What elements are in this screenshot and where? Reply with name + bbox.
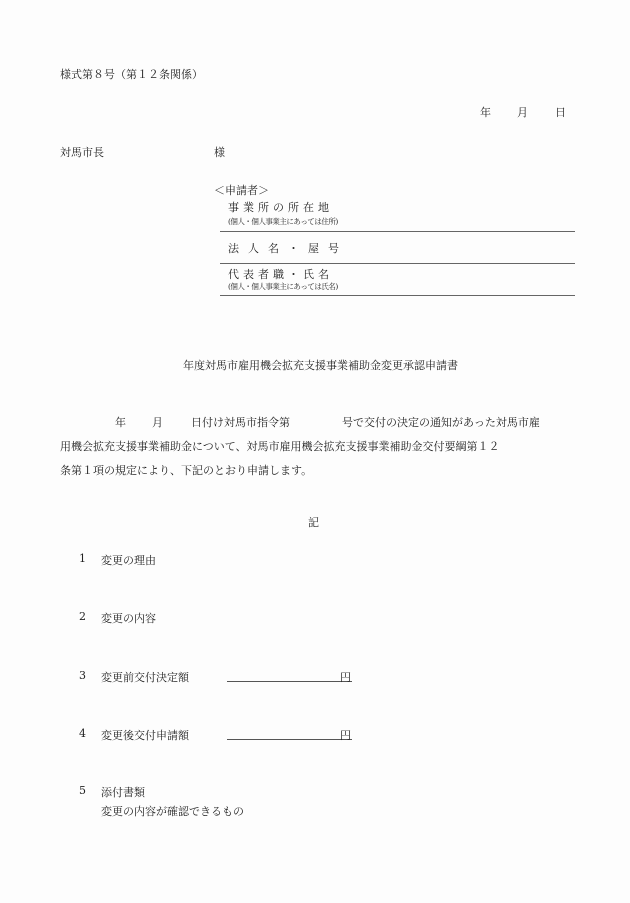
applicant-representative-label: 代表者職・氏名	[228, 266, 333, 282]
applicant-address-label: 事業所の所在地	[228, 199, 333, 215]
body-line3: 条第１項の規定により、下記のとおり申請します。	[60, 462, 312, 478]
ki-heading: 記	[308, 514, 319, 530]
body-day-prefix: 日付け対馬市指令第	[191, 414, 290, 430]
item-4-number: 4	[79, 727, 86, 740]
addressee-name: 対馬市長	[60, 144, 104, 160]
applicant-representative-note: (個人・個人事業主にあっては氏名)	[228, 281, 338, 292]
item-5-number: 5	[79, 784, 86, 797]
applicant-company-label: 法人名・屋号	[228, 240, 348, 256]
address-underline	[220, 231, 575, 232]
item-3-unit: 円	[340, 669, 351, 685]
item-3-number: 3	[79, 669, 86, 682]
applicant-address-note: (個人・個人事業主にあっては住所)	[228, 216, 338, 227]
item-4-label: 変更後交付申請額	[101, 727, 189, 743]
addressee-honorific: 様	[214, 144, 225, 160]
item-3-amount-blank[interactable]	[227, 681, 352, 682]
body-year: 年	[115, 414, 126, 430]
item-4-amount-blank[interactable]	[227, 739, 352, 740]
item-2-label: 変更の内容	[101, 610, 156, 626]
date-field: 年	[480, 104, 491, 120]
date-month: 月	[517, 104, 528, 120]
item-3-label: 変更前交付決定額	[101, 669, 189, 685]
body-line1-suffix: 号で交付の決定の通知があった対馬市雇	[342, 414, 540, 430]
form-number: 様式第８号（第１２条関係）	[60, 66, 203, 82]
body-month: 月	[152, 414, 163, 430]
representative-underline	[220, 295, 575, 296]
item-2-number: 2	[79, 610, 86, 623]
item-5-sub: 変更の内容が確認できるもの	[101, 803, 244, 819]
item-1-number: 1	[79, 552, 86, 565]
applicant-header: ＜申請者＞	[214, 182, 269, 198]
body-line2: 用機会拡充支援事業補助金について、対馬市雇用機会拡充支援事業補助金交付要綱第１２	[60, 438, 500, 454]
item-4-unit: 円	[340, 727, 351, 743]
date-year: 年	[480, 106, 491, 119]
date-day: 日	[555, 104, 566, 120]
item-1-label: 変更の理由	[101, 552, 156, 568]
company-underline	[220, 263, 575, 264]
item-5-label: 添付書類	[101, 784, 145, 800]
document-title: 年度対馬市雇用機会拡充支援事業補助金変更承認申請書	[183, 357, 458, 373]
